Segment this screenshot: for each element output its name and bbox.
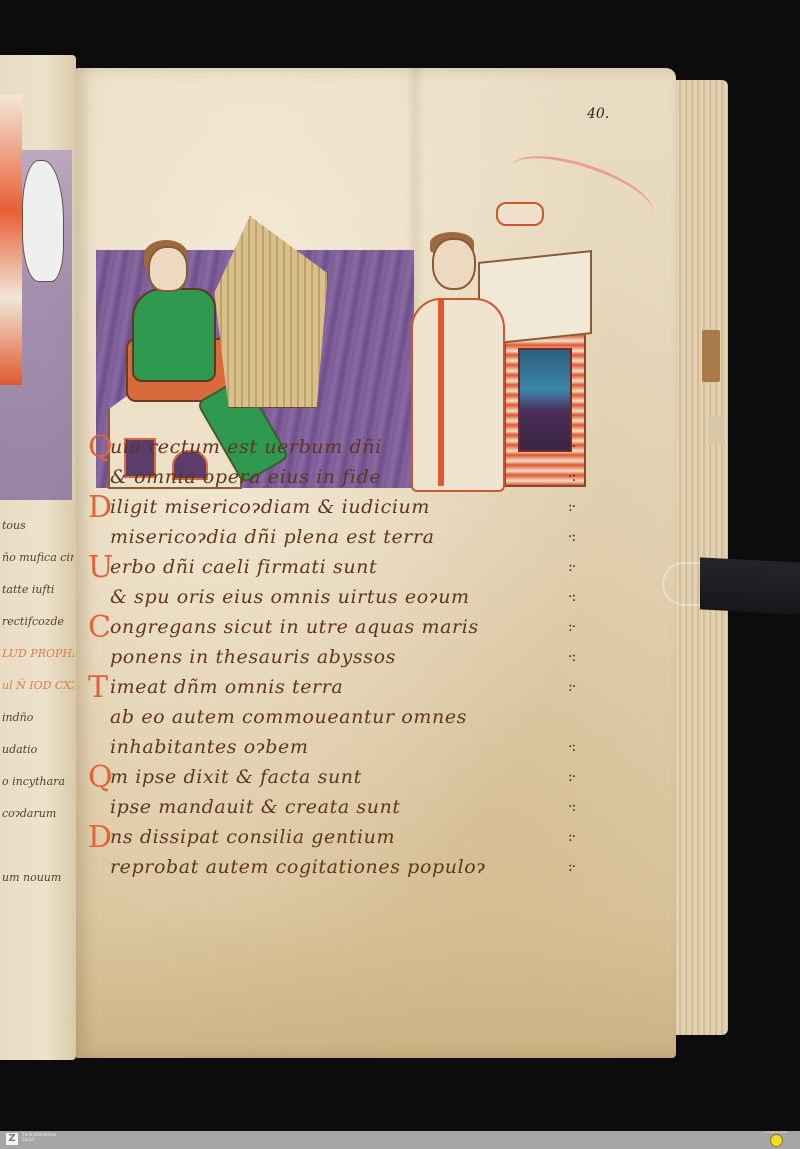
left-page-rider-figure <box>0 95 22 385</box>
verse-line: ponens in thesauris abyssos·: <box>88 642 608 672</box>
left-facing-page: tous ño mufica circud tatte iufti rectif… <box>0 55 76 1060</box>
rubric-initial: C <box>88 613 110 643</box>
rubric-initial: Q <box>88 763 110 793</box>
rubric-initial: U <box>88 553 110 583</box>
punctus: :· <box>568 852 575 882</box>
footer-bar: Z Zentralbibliothek Zürich e-manuscripta <box>0 1131 800 1149</box>
left-line-rubric: LUD PROPHE <box>2 638 74 670</box>
punctus: :· <box>568 492 575 522</box>
scribe-head <box>432 238 476 290</box>
e-manuscripta-badge-icon[interactable] <box>770 1134 783 1147</box>
verse-line: Dns dissipat consilia gentium:· <box>88 822 608 852</box>
david-tunic <box>132 288 216 382</box>
verse-line: ab eo autem commoueantur omnes <box>88 702 608 732</box>
punctus: :· <box>568 552 575 582</box>
verse-line: misericoɂdia dñi plena est terra·: <box>88 522 608 552</box>
punctus: ·: <box>568 522 575 552</box>
punctus: :· <box>568 612 575 642</box>
left-line: indño <box>2 702 74 734</box>
manuscript-page: 40. Quia rectum est uerbum dñi:· & om <box>76 68 676 1058</box>
verse-line: & omnia opera eius in fide·: <box>88 462 608 492</box>
punctus: :· <box>568 672 575 702</box>
page-tab-marker <box>708 415 724 445</box>
verse-line: Timeat dñm omnis terra:· <box>88 672 608 702</box>
manuscript-viewer: tous ño mufica circud tatte iufti rectif… <box>0 0 800 1130</box>
left-line <box>2 830 74 862</box>
punctus: ·: <box>568 792 575 822</box>
left-line: tous <box>2 510 74 542</box>
verse-line: inhabitantes oɂbem·: <box>88 732 608 762</box>
verse-line: reprobat autem cogitationes populoɂ:· <box>88 852 608 882</box>
verse-line: Congregans sicut in utre aquas maris:· <box>88 612 608 642</box>
institution-name: Zentralbibliothek Zürich <box>22 1132 82 1142</box>
punctus: ·: <box>568 582 575 612</box>
page-weight-strip <box>700 557 800 614</box>
library-logo-icon[interactable]: Z <box>6 1133 18 1145</box>
folio-number: 40. <box>587 106 609 122</box>
psalm-text: Quia rectum est uerbum dñi:· & omnia ope… <box>88 432 608 882</box>
verse-line: Qm ipse dixit & facta sunt:· <box>88 762 608 792</box>
rubric-initial: D <box>88 823 110 853</box>
page-tab-marker <box>702 330 720 382</box>
punctus: ·: <box>568 462 575 492</box>
illumination <box>86 138 616 433</box>
left-line: um nouum <box>2 862 74 894</box>
verse-line: & spu oris eius omnis uirtus eoɂum·: <box>88 582 608 612</box>
punctus: :· <box>568 432 575 462</box>
hand-of-god <box>496 202 544 226</box>
verse-line: Quia rectum est uerbum dñi:· <box>88 432 608 462</box>
left-line: tatte iufti <box>2 574 74 606</box>
left-line: o incythara <box>2 766 74 798</box>
david-head <box>148 246 188 292</box>
verse-line: Diligit misericoɂdiam & iudicium:· <box>88 492 608 522</box>
left-page-text: tous ño mufica circud tatte iufti rectif… <box>2 510 74 894</box>
rubric-initial: Q <box>88 433 110 463</box>
rubric-initial: D <box>88 493 110 523</box>
left-line: rectifcozde <box>2 606 74 638</box>
verse-line: ipse mandauit & creata sunt·: <box>88 792 608 822</box>
left-line: udatio <box>2 734 74 766</box>
left-line: ño mufica circud <box>2 542 74 574</box>
punctus: :· <box>568 762 575 792</box>
punctus: :· <box>568 822 575 852</box>
punctus: ·: <box>568 732 575 762</box>
left-line-rubric: ul Ñ IOD CXXIII <box>2 670 74 702</box>
left-line: coɂdarum <box>2 798 74 830</box>
punctus: ·: <box>568 642 575 672</box>
left-page-horse <box>22 160 64 282</box>
rubric-initial: T <box>88 673 110 703</box>
verse-line: Uerbo dñi caeli firmati sunt:· <box>88 552 608 582</box>
